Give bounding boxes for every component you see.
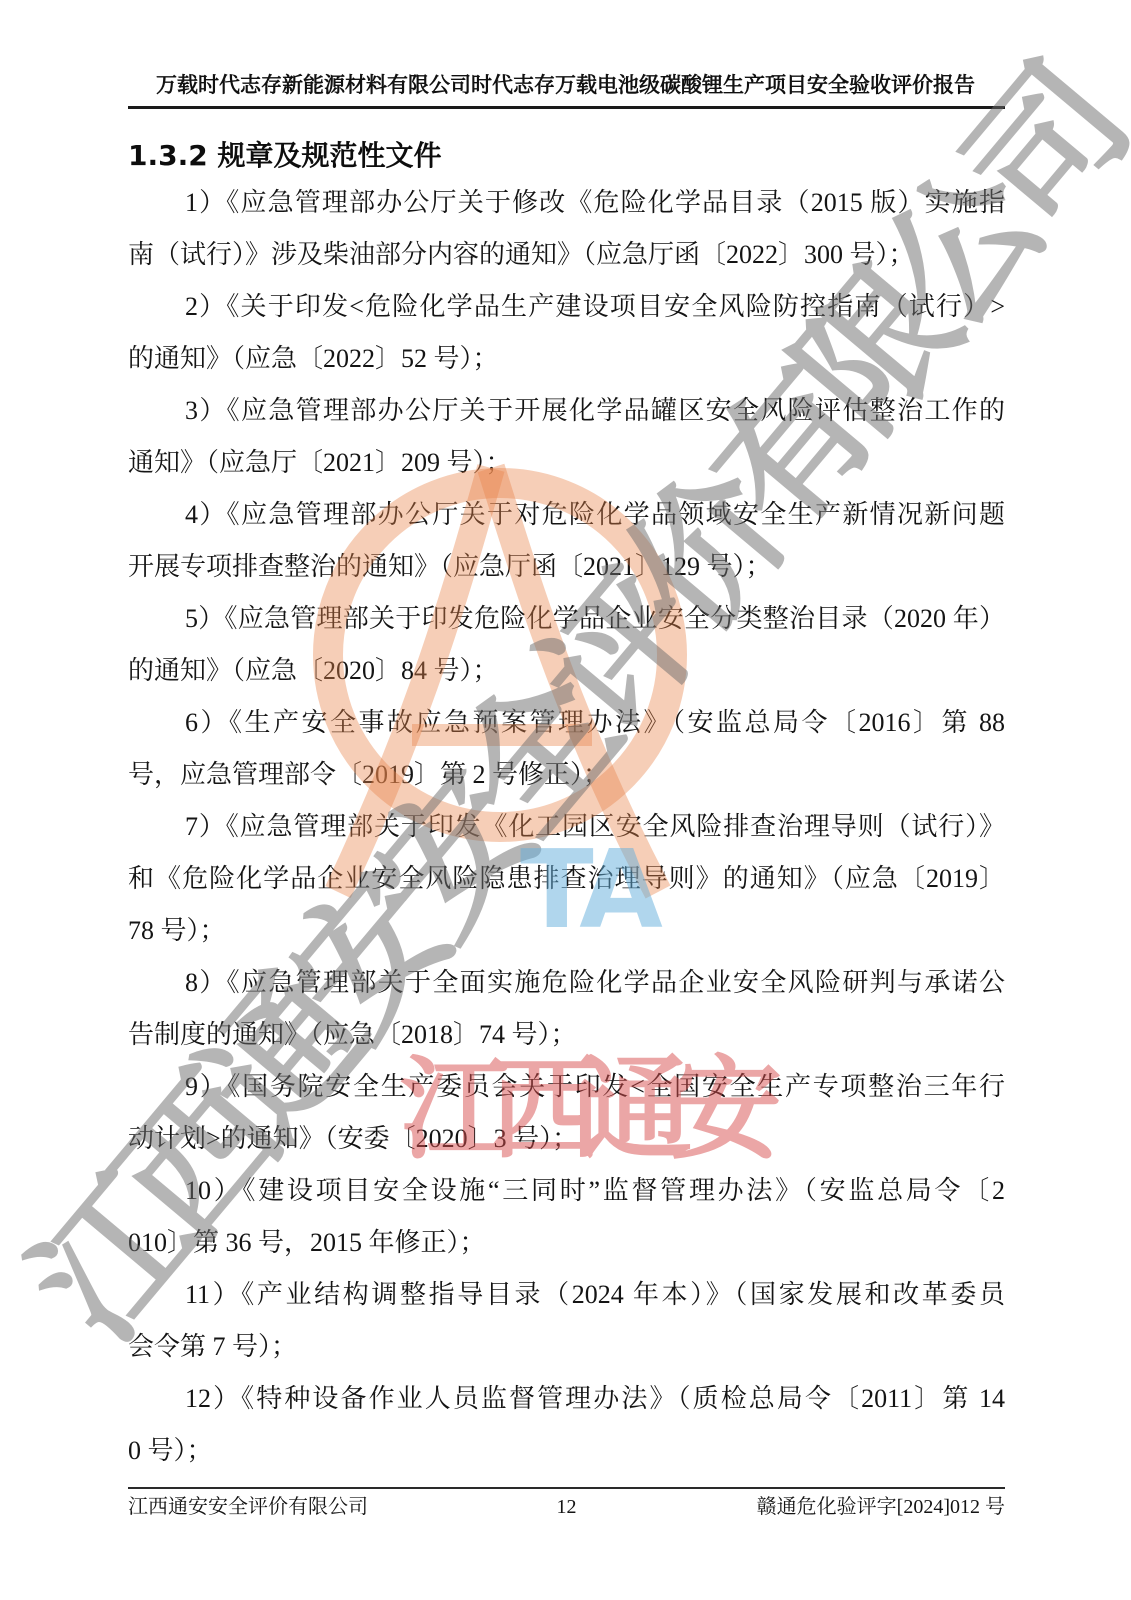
body-line: 的通知》（应急〔2022〕52 号）； <box>128 333 1005 385</box>
body-line: 1）《应急管理部办公厅关于修改《危险化学品目录（2015 版）实施指 <box>128 177 1005 229</box>
body-line: 8）《应急管理部关于全面实施危险化学品企业安全风险研判与承诺公 <box>128 957 1005 1009</box>
body-line: 号，应急管理部令〔2019〕第 2 号修正）； <box>128 749 1005 801</box>
header-rule <box>128 106 1005 109</box>
page-header-title: 万载时代志存新能源材料有限公司时代志存万载电池级碳酸锂生产项目安全验收评价报告 <box>64 70 1067 100</box>
body-line: 的通知》（应急〔2020〕84 号）； <box>128 645 1005 697</box>
body-line: 通知》（应急厅〔2021〕209 号）； <box>128 437 1005 489</box>
body-line: 78 号）； <box>128 905 1005 957</box>
body-line: 南（试行）》涉及柴油部分内容的通知》（应急厅函〔2022〕300 号）； <box>128 229 1005 281</box>
body-line: 6）《生产安全事故应急预案管理办法》（安监总局令〔2016〕第 88 <box>128 697 1005 749</box>
body-line: 2）《关于印发<危险化学品生产建设项目安全风险防控指南（试行）> <box>128 281 1005 333</box>
body-line: 告制度的通知》（应急〔2018〕74 号）； <box>128 1009 1005 1061</box>
footer-company: 江西通安安全评价有限公司 <box>128 1492 368 1522</box>
body-line: 0 号）； <box>128 1425 1005 1477</box>
section-title: 1.3.2 规章及规范性文件 <box>128 134 441 174</box>
body-line: 9）《国务院安全生产委员会关于印发<全国安全生产专项整治三年行 <box>128 1061 1005 1113</box>
body-line: 和《危险化学品企业安全风险隐患排查治理导则》的通知》（应急〔2019〕 <box>128 853 1005 905</box>
body-line: 动计划>的通知》（安委〔2020〕3 号）； <box>128 1113 1005 1165</box>
footer-rule <box>128 1487 1005 1489</box>
report-page: 万载时代志存新能源材料有限公司时代志存万载电池级碳酸锂生产项目安全验收评价报告 … <box>0 0 1131 1600</box>
body-line: 4）《应急管理部办公厅关于对危险化学品领域安全生产新情况新问题 <box>128 489 1005 541</box>
body-line: 3）《应急管理部办公厅关于开展化学品罐区安全风险评估整治工作的 <box>128 385 1005 437</box>
body-lines: 1）《应急管理部办公厅关于修改《危险化学品目录（2015 版）实施指南（试行）》… <box>128 177 1005 1477</box>
footer-doc-number: 赣通危化验评字[2024]012 号 <box>757 1492 1005 1522</box>
body-line: 7）《应急管理部关于印发《化工园区安全风险排查治理导则（试行）》 <box>128 801 1005 853</box>
body-line: 会令第 7 号）； <box>128 1321 1005 1373</box>
body-line: 开展专项排查整治的通知》（应急厅函〔2021〕129 号）； <box>128 541 1005 593</box>
body-line: 12）《特种设备作业人员监督管理办法》（质检总局令〔2011〕第 14 <box>128 1373 1005 1425</box>
page-footer: 江西通安安全评价有限公司 12 赣通危化验评字[2024]012 号 <box>128 1492 1005 1522</box>
footer-page-number: 12 <box>557 1492 577 1522</box>
body-line: 5）《应急管理部关于印发危险化学品企业安全分类整治目录（2020 年） <box>128 593 1005 645</box>
body-line: 10）《建设项目安全设施“三同时”监督管理办法》（安监总局令〔2 <box>128 1165 1005 1217</box>
body-line: 010〕第 36 号，2015 年修正）； <box>128 1217 1005 1269</box>
body-line: 11）《产业结构调整指导目录（2024 年本）》（国家发展和改革委员 <box>128 1269 1005 1321</box>
